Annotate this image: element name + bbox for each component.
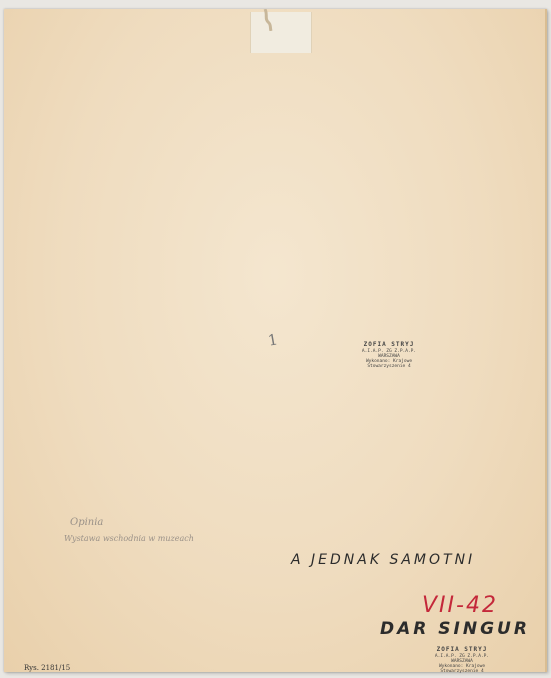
artwork-board-back: 1 ZOFIA STRYJ A.I.A.P. ZG Z.P.A.P. WARSZ…	[4, 9, 547, 672]
collector-stamp-center: ZOFIA STRYJ A.I.A.P. ZG Z.P.A.P. WARSZAW…	[354, 342, 424, 370]
catalog-number: VII-42	[422, 593, 498, 618]
pencil-note-line2: Wystawa wschodnia w muzeach	[64, 534, 194, 543]
pencil-note-line1: Opinia	[70, 517, 103, 528]
stamp-line: Wykonano: Krajowe Stowarzyszenie 4	[422, 664, 502, 674]
hanging-string-icon	[262, 9, 274, 31]
collector-stamp-bottom: ZOFIA STRYJ A.I.A.P. ZG Z.P.A.P. WARSZAW…	[422, 647, 502, 675]
donation-note: DAR SINGUR	[380, 619, 530, 639]
hanging-label-patch	[250, 12, 312, 53]
stamp-line: Wykonano: Krajowe Stowarzyszenie 4	[354, 359, 424, 369]
stamp-line: ZOFIA STRYJ	[422, 647, 502, 654]
pencil-mark: 1	[267, 330, 280, 349]
title-inscription: A JEDNAK SAMOTNI	[291, 552, 475, 568]
inventory-number: Rys. 2181/15	[24, 664, 70, 672]
stamp-line: ZOFIA STRYJ	[354, 342, 424, 349]
